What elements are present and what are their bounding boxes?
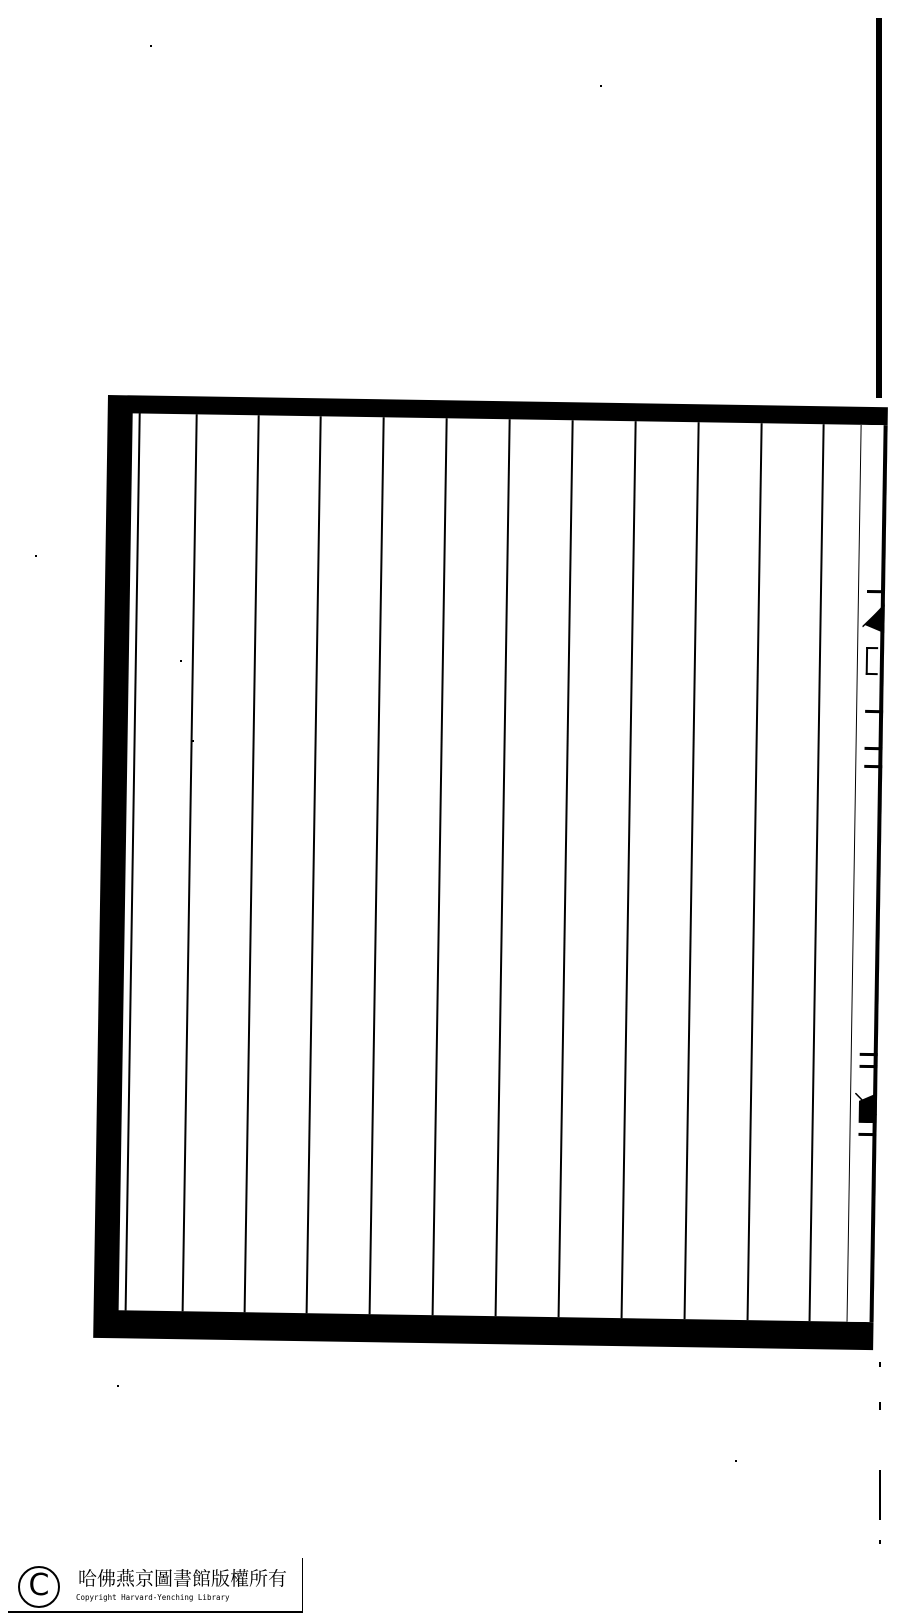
fold-tick bbox=[865, 710, 883, 713]
printed-frame-border bbox=[93, 395, 888, 1350]
ink-speck bbox=[192, 740, 194, 742]
fold-tick bbox=[867, 590, 885, 593]
edge-mark bbox=[879, 1540, 881, 1544]
edge-mark bbox=[879, 1470, 881, 1520]
ink-speck bbox=[735, 1460, 737, 1462]
column-rule bbox=[558, 420, 574, 1317]
fold-tick bbox=[864, 765, 882, 768]
center-fold-strip bbox=[847, 425, 888, 1322]
ink-speck bbox=[117, 1385, 119, 1387]
fold-tick bbox=[860, 1065, 878, 1068]
fold-tick bbox=[865, 747, 883, 750]
fold-edge-bar bbox=[870, 425, 888, 1322]
column-rule bbox=[684, 422, 700, 1319]
ink-speck bbox=[35, 555, 37, 557]
copyright-text-english: Copyright Harvard-Yenching Library bbox=[76, 1593, 230, 1602]
column-rule bbox=[809, 424, 825, 1321]
ink-speck bbox=[180, 660, 182, 662]
edge-mark bbox=[879, 1402, 881, 1410]
upper-fish-tail-icon bbox=[862, 603, 884, 633]
ink-speck bbox=[150, 45, 152, 47]
ruled-text-area bbox=[119, 413, 888, 1322]
fold-glyph-mark bbox=[866, 647, 878, 675]
column-rule bbox=[621, 421, 637, 1318]
fold-tick bbox=[860, 1053, 878, 1056]
copyright-text-chinese: 哈佛燕京圖書館版權所有 bbox=[78, 1564, 287, 1591]
scanned-page: C 哈佛燕京圖書館版權所有 Copyright Harvard-Yenching… bbox=[0, 0, 900, 1620]
column-rule bbox=[182, 414, 198, 1311]
adjacent-page-edge-line bbox=[876, 18, 882, 398]
column-rule bbox=[495, 419, 511, 1316]
copyright-notice: C 哈佛燕京圖書館版權所有 Copyright Harvard-Yenching… bbox=[8, 1558, 303, 1613]
column-rule bbox=[244, 415, 260, 1312]
column-rule bbox=[369, 417, 385, 1314]
edge-mark bbox=[879, 1362, 881, 1367]
lower-fish-tail-icon bbox=[855, 1093, 877, 1123]
column-rule bbox=[747, 423, 763, 1320]
ink-speck bbox=[600, 85, 602, 87]
column-rule bbox=[306, 416, 322, 1313]
column-rule bbox=[432, 418, 448, 1315]
fold-tick bbox=[858, 1133, 876, 1136]
copyright-icon: C bbox=[18, 1566, 60, 1608]
column-rule bbox=[125, 413, 141, 1310]
